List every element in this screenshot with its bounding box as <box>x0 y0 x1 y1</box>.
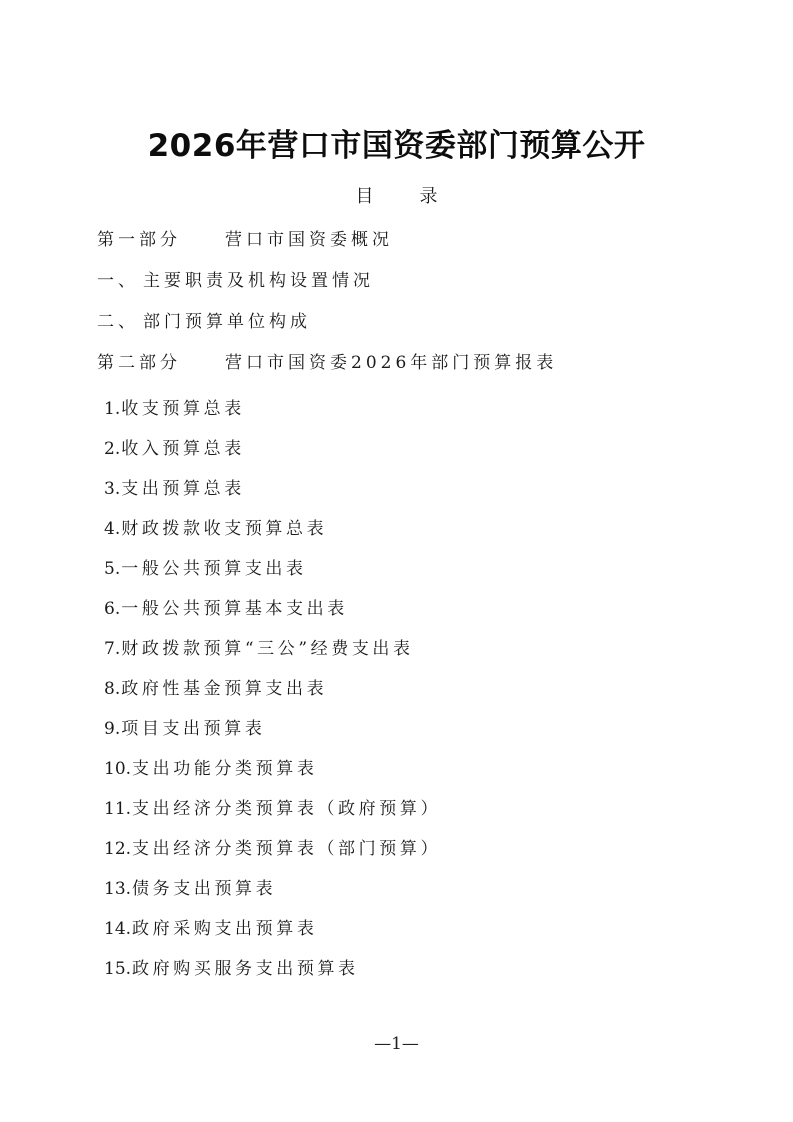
toc-part-1[interactable]: 第一部分营口市国资委概况 <box>97 228 393 252</box>
toc-item-13[interactable]: 13.债务支出预算表 <box>104 877 276 901</box>
toc-item-4[interactable]: 4.财政拨款收支预算总表 <box>104 517 327 541</box>
toc-item-8[interactable]: 8.政府性基金预算支出表 <box>104 677 327 701</box>
toc-item-num: 6. <box>104 599 120 619</box>
toc-section-text: 主要职责及机构设置情况 <box>143 271 374 291</box>
toc-item-text: 收支预算总表 <box>121 399 245 419</box>
toc-item-7[interactable]: 7.财政拨款预算“三公”经费支出表 <box>104 637 414 661</box>
toc-item-5[interactable]: 5.一般公共预算支出表 <box>104 557 307 581</box>
toc-item-10[interactable]: 10.支出功能分类预算表 <box>104 757 317 781</box>
toc-item-text: 项目支出预算表 <box>121 719 265 739</box>
toc-heading-right: 录 <box>420 184 438 210</box>
document-title: 2026年营口市国资委部门预算公开 <box>0 124 793 168</box>
toc-item-3[interactable]: 3.支出预算总表 <box>104 477 245 501</box>
toc-item-num: 8. <box>104 679 120 699</box>
toc-item-num: 11. <box>104 799 131 819</box>
toc-item-num: 7. <box>104 639 120 659</box>
toc-section-text: 部门预算单位构成 <box>143 312 311 332</box>
toc-item-num: 5. <box>104 559 120 579</box>
toc-item-text: 支出功能分类预算表 <box>132 759 317 779</box>
toc-item-text: 债务支出预算表 <box>132 879 276 899</box>
toc-item-1[interactable]: 1.收支预算总表 <box>104 397 245 421</box>
toc-heading-left: 目 <box>356 184 374 210</box>
toc-item-num: 13. <box>104 879 131 899</box>
toc-item-num: 2. <box>104 439 120 459</box>
toc-item-num: 4. <box>104 519 120 539</box>
toc-item-num: 12. <box>104 839 131 859</box>
toc-item-text: 财政拨款预算“三公”经费支出表 <box>121 639 413 659</box>
toc-part-text: 营口市国资委概况 <box>225 230 393 250</box>
toc-section-1[interactable]: 一、主要职责及机构设置情况 <box>97 269 374 293</box>
toc-item-num: 14. <box>104 919 131 939</box>
toc-item-num: 10. <box>104 759 131 779</box>
toc-part-2[interactable]: 第二部分营口市国资委2026年部门预算报表 <box>97 351 557 375</box>
toc-item-text: 政府购买服务支出预算表 <box>132 959 359 979</box>
toc-item-2[interactable]: 2.收入预算总表 <box>104 437 245 461</box>
toc-item-14[interactable]: 14.政府采购支出预算表 <box>104 917 317 941</box>
toc-item-text: 政府采购支出预算表 <box>132 919 317 939</box>
toc-item-12[interactable]: 12.支出经济分类预算表（部门预算） <box>104 837 441 861</box>
toc-item-text: 支出经济分类预算表（政府预算） <box>132 799 441 819</box>
toc-item-num: 9. <box>104 719 120 739</box>
toc-item-num: 1. <box>104 399 120 419</box>
toc-section-num: 一、 <box>97 269 143 293</box>
toc-heading: 目录 <box>0 184 793 210</box>
toc-item-text: 收入预算总表 <box>121 439 245 459</box>
toc-item-11[interactable]: 11.支出经济分类预算表（政府预算） <box>104 797 441 821</box>
toc-section-num: 二、 <box>97 310 143 334</box>
toc-part-label: 第一部分 <box>97 228 225 252</box>
toc-item-6[interactable]: 6.一般公共预算基本支出表 <box>104 597 348 621</box>
toc-item-text: 支出经济分类预算表（部门预算） <box>132 839 441 859</box>
toc-item-15[interactable]: 15.政府购买服务支出预算表 <box>104 957 359 981</box>
toc-item-text: 政府性基金预算支出表 <box>121 679 327 699</box>
toc-item-num: 15. <box>104 959 131 979</box>
toc-item-text: 一般公共预算支出表 <box>121 559 306 579</box>
toc-item-9[interactable]: 9.项目支出预算表 <box>104 717 265 741</box>
toc-item-num: 3. <box>104 479 120 499</box>
toc-item-text: 支出预算总表 <box>121 479 245 499</box>
page-number: —1— <box>0 1032 793 1056</box>
toc-part-text: 营口市国资委2026年部门预算报表 <box>225 353 557 373</box>
toc-item-text: 一般公共预算基本支出表 <box>121 599 348 619</box>
toc-item-text: 财政拨款收支预算总表 <box>121 519 327 539</box>
document-page: 2026年营口市国资委部门预算公开 目录 第一部分营口市国资委概况 一、主要职责… <box>0 0 793 1122</box>
toc-section-2[interactable]: 二、部门预算单位构成 <box>97 310 311 334</box>
toc-part-label: 第二部分 <box>97 351 225 375</box>
